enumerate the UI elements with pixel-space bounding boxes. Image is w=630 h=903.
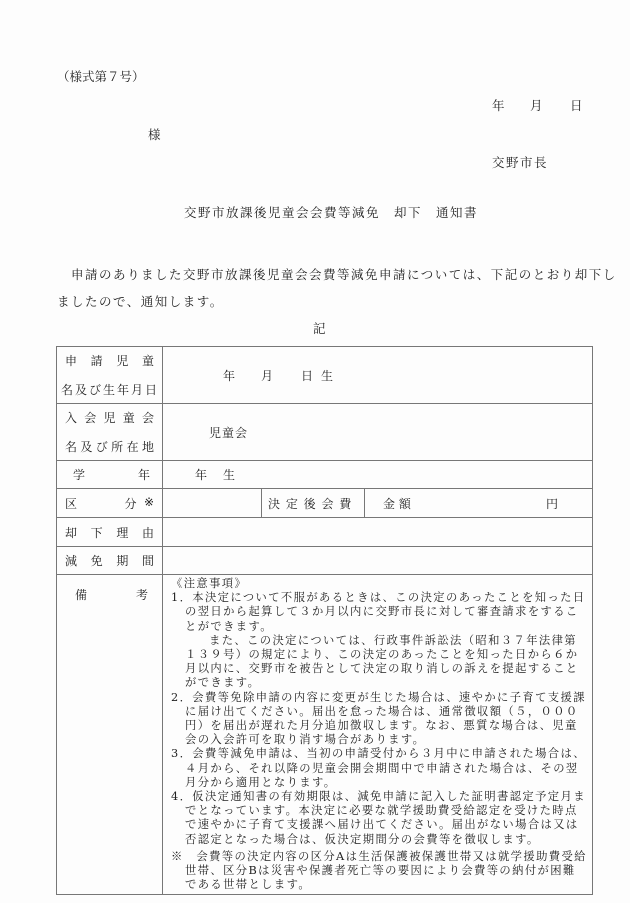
row-rejection-reason: 却 下 理 由 [57,518,593,547]
note-asterisk: ※ 会費等の決定内容の区分Aは生活保護被保護世帯又は就学援助費受給世帯、区分Bは… [171,850,588,893]
label-grade: 学 年 [57,461,163,489]
ki-heading: 記 [313,319,326,337]
note-2: 2．会費等免除申請の内容に変更が生じた場合は、速やかに子育て支援課に届け出てくだ… [171,691,588,748]
child-name-birthdate-field[interactable]: 年 月 日 生 [163,347,593,404]
body-line-1: 申請のありました交野市放課後児童会会費等減免申請については、下記のとおり却下し [71,265,617,283]
note-1: 1．本決定について不服があるときは、この決定のあったことを知った日の翌日から起算… [171,591,588,634]
page-title: 交野市放課後児童会会費等減免 却下 通知書 [184,203,478,221]
rejection-reason-field[interactable] [163,518,593,547]
label-club-name-location: 入 会 児 童 会 名 及 び 所 在 地 [57,404,163,461]
category-field[interactable] [163,489,262,518]
amount-label: 金 額 [383,495,411,512]
note-1b: また、この決定については、行政事件訴訟法（昭和３７年法律第１３９号）の規定により… [171,634,588,691]
date-line: 年 月 日 [492,96,505,114]
date-day: 日 [570,96,583,114]
application-table: 申 請 児 童 名及び生年月日 年 月 日 生 入 会 児 童 会 [56,346,593,895]
note-3: 3．会費等減免申請は、当初の申請受付から３月中に申請された場合は、４月から、それ… [171,747,588,790]
date-month: 月 [530,96,543,114]
club-name-field[interactable]: 児童会 [163,404,593,461]
label-fee-after-decision: 決 定 後 会 費 [262,489,365,518]
note-4: 4．仮決定通知書の有効期限は、減免申請に記入した証明書認定予定月までとなっていま… [171,790,588,847]
label-rejection-reason: 却 下 理 由 [57,518,163,547]
row-club-name-location: 入 会 児 童 会 名 及 び 所 在 地 児童会 [57,404,593,461]
yen-unit: 円 [546,495,558,512]
row-grade: 学 年 年 生 [57,461,593,489]
label-category: 区 分 ※ [57,489,163,518]
form-number: （様式第７号） [57,67,145,85]
amount-field[interactable]: 金 額 円 [365,489,593,518]
label-child-name-birthdate: 申 請 児 童 名及び生年月日 [57,347,163,404]
issuer: 交野市長 [492,153,548,171]
grade-field[interactable]: 年 生 [163,461,593,489]
body-line-2: ましたので、通知します。 [57,292,224,310]
row-category: 区 分 ※ 決 定 後 会 費 金 額 円 [57,489,593,518]
row-child-name-birthdate: 申 請 児 童 名及び生年月日 年 月 日 生 [57,347,593,404]
label-remarks: 備 考 [57,575,163,895]
row-remarks: 備 考 《注意事項》 1．本決定について不服があるときは、この決定のあったことを… [57,575,593,895]
notes-heading: 《注意事項》 [171,577,588,591]
remarks-notes: 《注意事項》 1．本決定について不服があるときは、この決定のあったことを知った日… [163,575,593,895]
addressee-suffix: 様 [148,125,161,143]
exemption-period-field[interactable] [163,547,593,575]
date-year: 年 [492,98,505,113]
label-exemption-period: 減 免 期 間 [57,547,163,575]
row-exemption-period: 減 免 期 間 [57,547,593,575]
